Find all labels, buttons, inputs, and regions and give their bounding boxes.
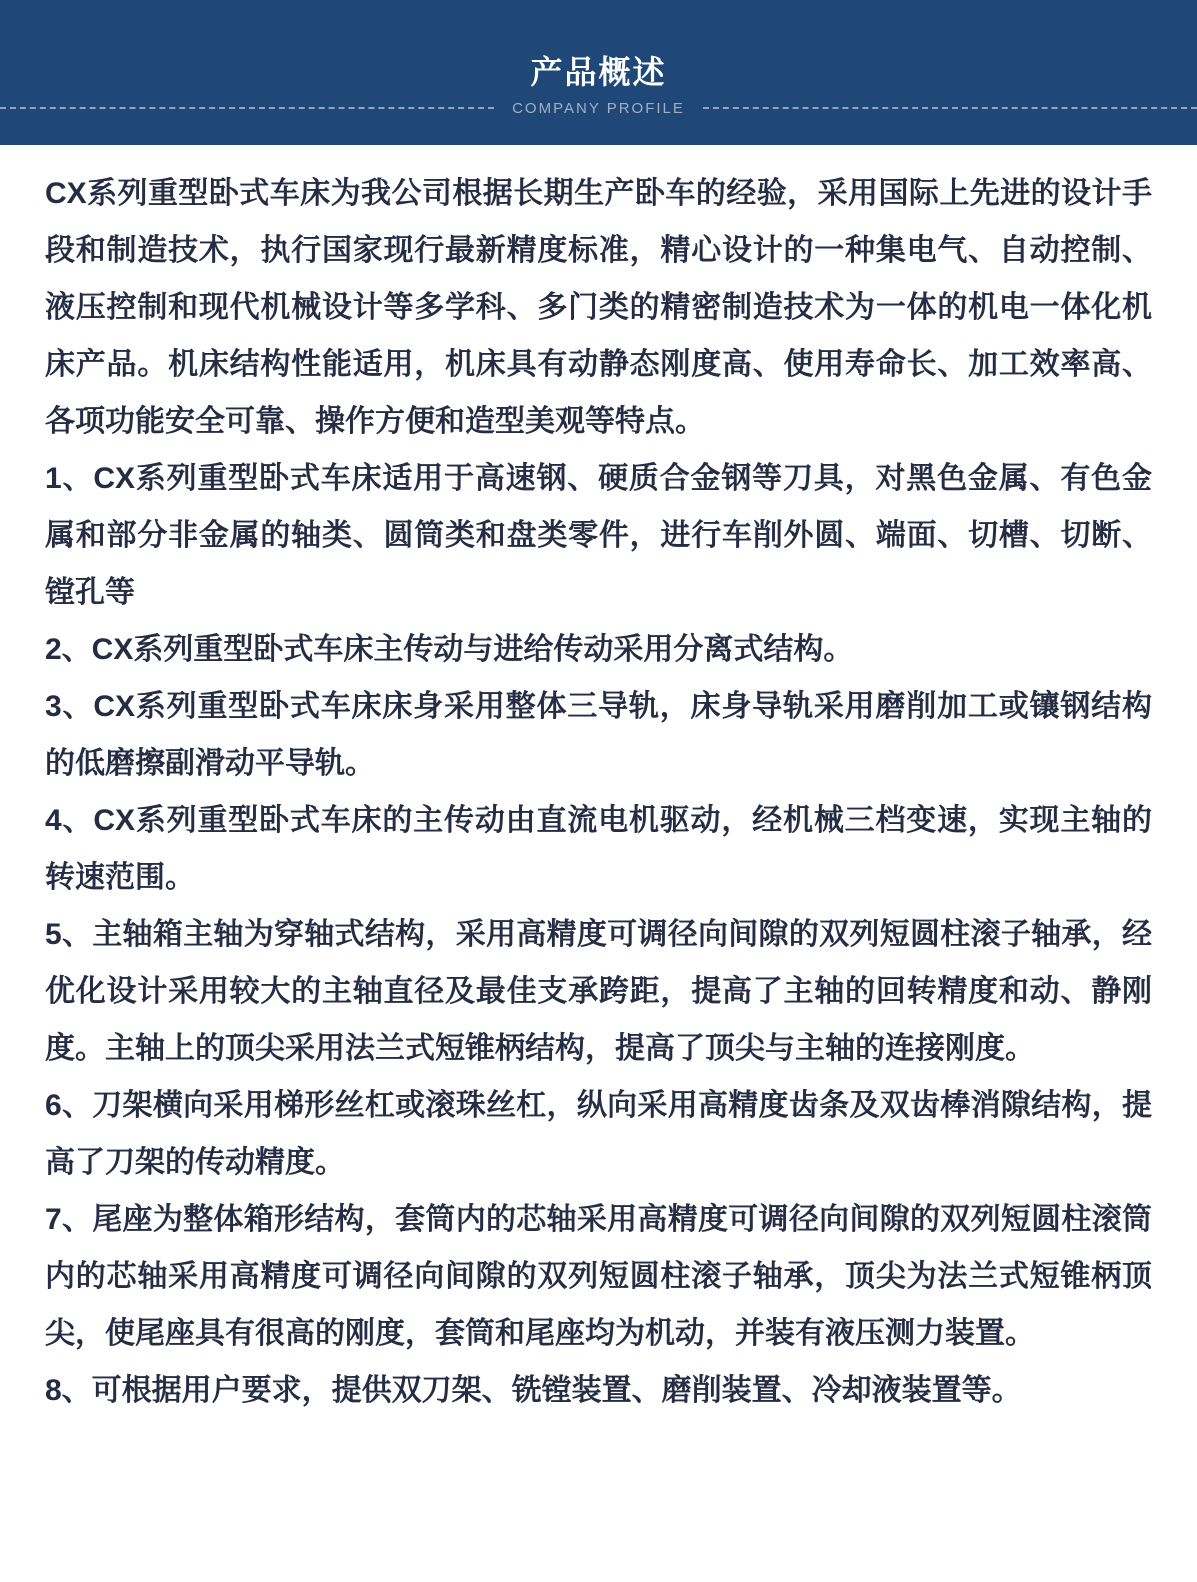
overview-paragraph-5: 5、主轴箱主轴为穿轴式结构，采用高精度可调径向间隙的双列短圆柱滚子轴承，经优化设… (45, 906, 1152, 1077)
section-title: 产品概述 (0, 54, 1197, 90)
product-overview-page: 产品概述 COMPANY PROFILE CX系列重型卧式车床为我公司根据长期生… (0, 0, 1197, 1582)
overview-paragraph-3: 3、CX系列重型卧式车床床身采用整体三导轨，床身导轨采用磨削加工或镶钢结构的低磨… (45, 678, 1152, 792)
overview-paragraph-4: 4、CX系列重型卧式车床的主传动由直流电机驱动，经机械三档变速，实现主轴的转速范… (45, 792, 1152, 906)
overview-paragraph-6: 6、刀架横向采用梯形丝杠或滚珠丝杠，纵向采用高精度齿条及双齿棒消隙结构，提高了刀… (45, 1077, 1152, 1191)
dashed-divider-right (703, 107, 1197, 109)
overview-paragraph-intro: CX系列重型卧式车床为我公司根据长期生产卧车的经验，采用国际上先进的设计手段和制… (45, 165, 1152, 450)
overview-paragraph-7: 7、尾座为整体箱形结构，套筒内的芯轴采用高精度可调径向间隙的双列短圆柱滚筒内的芯… (45, 1191, 1152, 1362)
overview-paragraph-1: 1、CX系列重型卧式车床适用于高速钢、硬质合金钢等刀具，对黑色金属、有色金属和部… (45, 450, 1152, 621)
dashed-divider-left (0, 107, 494, 109)
overview-paragraph-8: 8、可根据用户要求，提供双刀架、铣镗装置、磨削装置、冷却液装置等。 (45, 1362, 1152, 1419)
overview-paragraph-2: 2、CX系列重型卧式车床主传动与进给传动采用分离式结构。 (45, 621, 1152, 678)
overview-text-section: CX系列重型卧式车床为我公司根据长期生产卧车的经验，采用国际上先进的设计手段和制… (0, 145, 1197, 1509)
section-header: 产品概述 COMPANY PROFILE (0, 0, 1197, 145)
section-subtitle: COMPANY PROFILE (494, 100, 703, 117)
section-subtitle-row: COMPANY PROFILE (0, 98, 1197, 118)
